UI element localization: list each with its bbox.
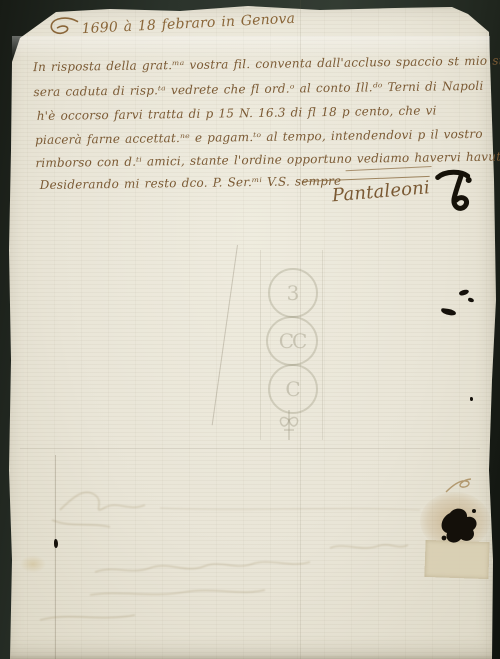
ink-speck: [470, 397, 473, 401]
body-line: sera caduta di risp.ᵗᵃ vedrete che fl or…: [33, 79, 483, 99]
body-line: Desiderando mi resto dco. P. Ser.ᵐⁱ V.S.…: [40, 174, 342, 192]
dateline-paraph-icon: [47, 15, 81, 37]
ink-speck: [54, 539, 58, 548]
dateline: 1690 à 18 febraro in Genova: [81, 11, 295, 37]
repair-patch: [424, 540, 489, 579]
body-line: h'è occorso farvi tratta di p 15 N. 16.3…: [37, 103, 437, 123]
ink-paraph-mark-icon: [432, 167, 475, 216]
body-line: piacerà farne accettat.ⁿᵉ e pagam.ᵗᵒ al …: [35, 127, 483, 147]
signature: Pantaleoni: [331, 177, 431, 206]
scanned-letter-photo: 3 CC C 1690 à 18 febraro in Genova In ri…: [0, 0, 500, 659]
closing-flourish-line: [346, 166, 432, 171]
body-line: In risposta della grat.ᵐᵃ vostra fil. co…: [33, 54, 500, 75]
